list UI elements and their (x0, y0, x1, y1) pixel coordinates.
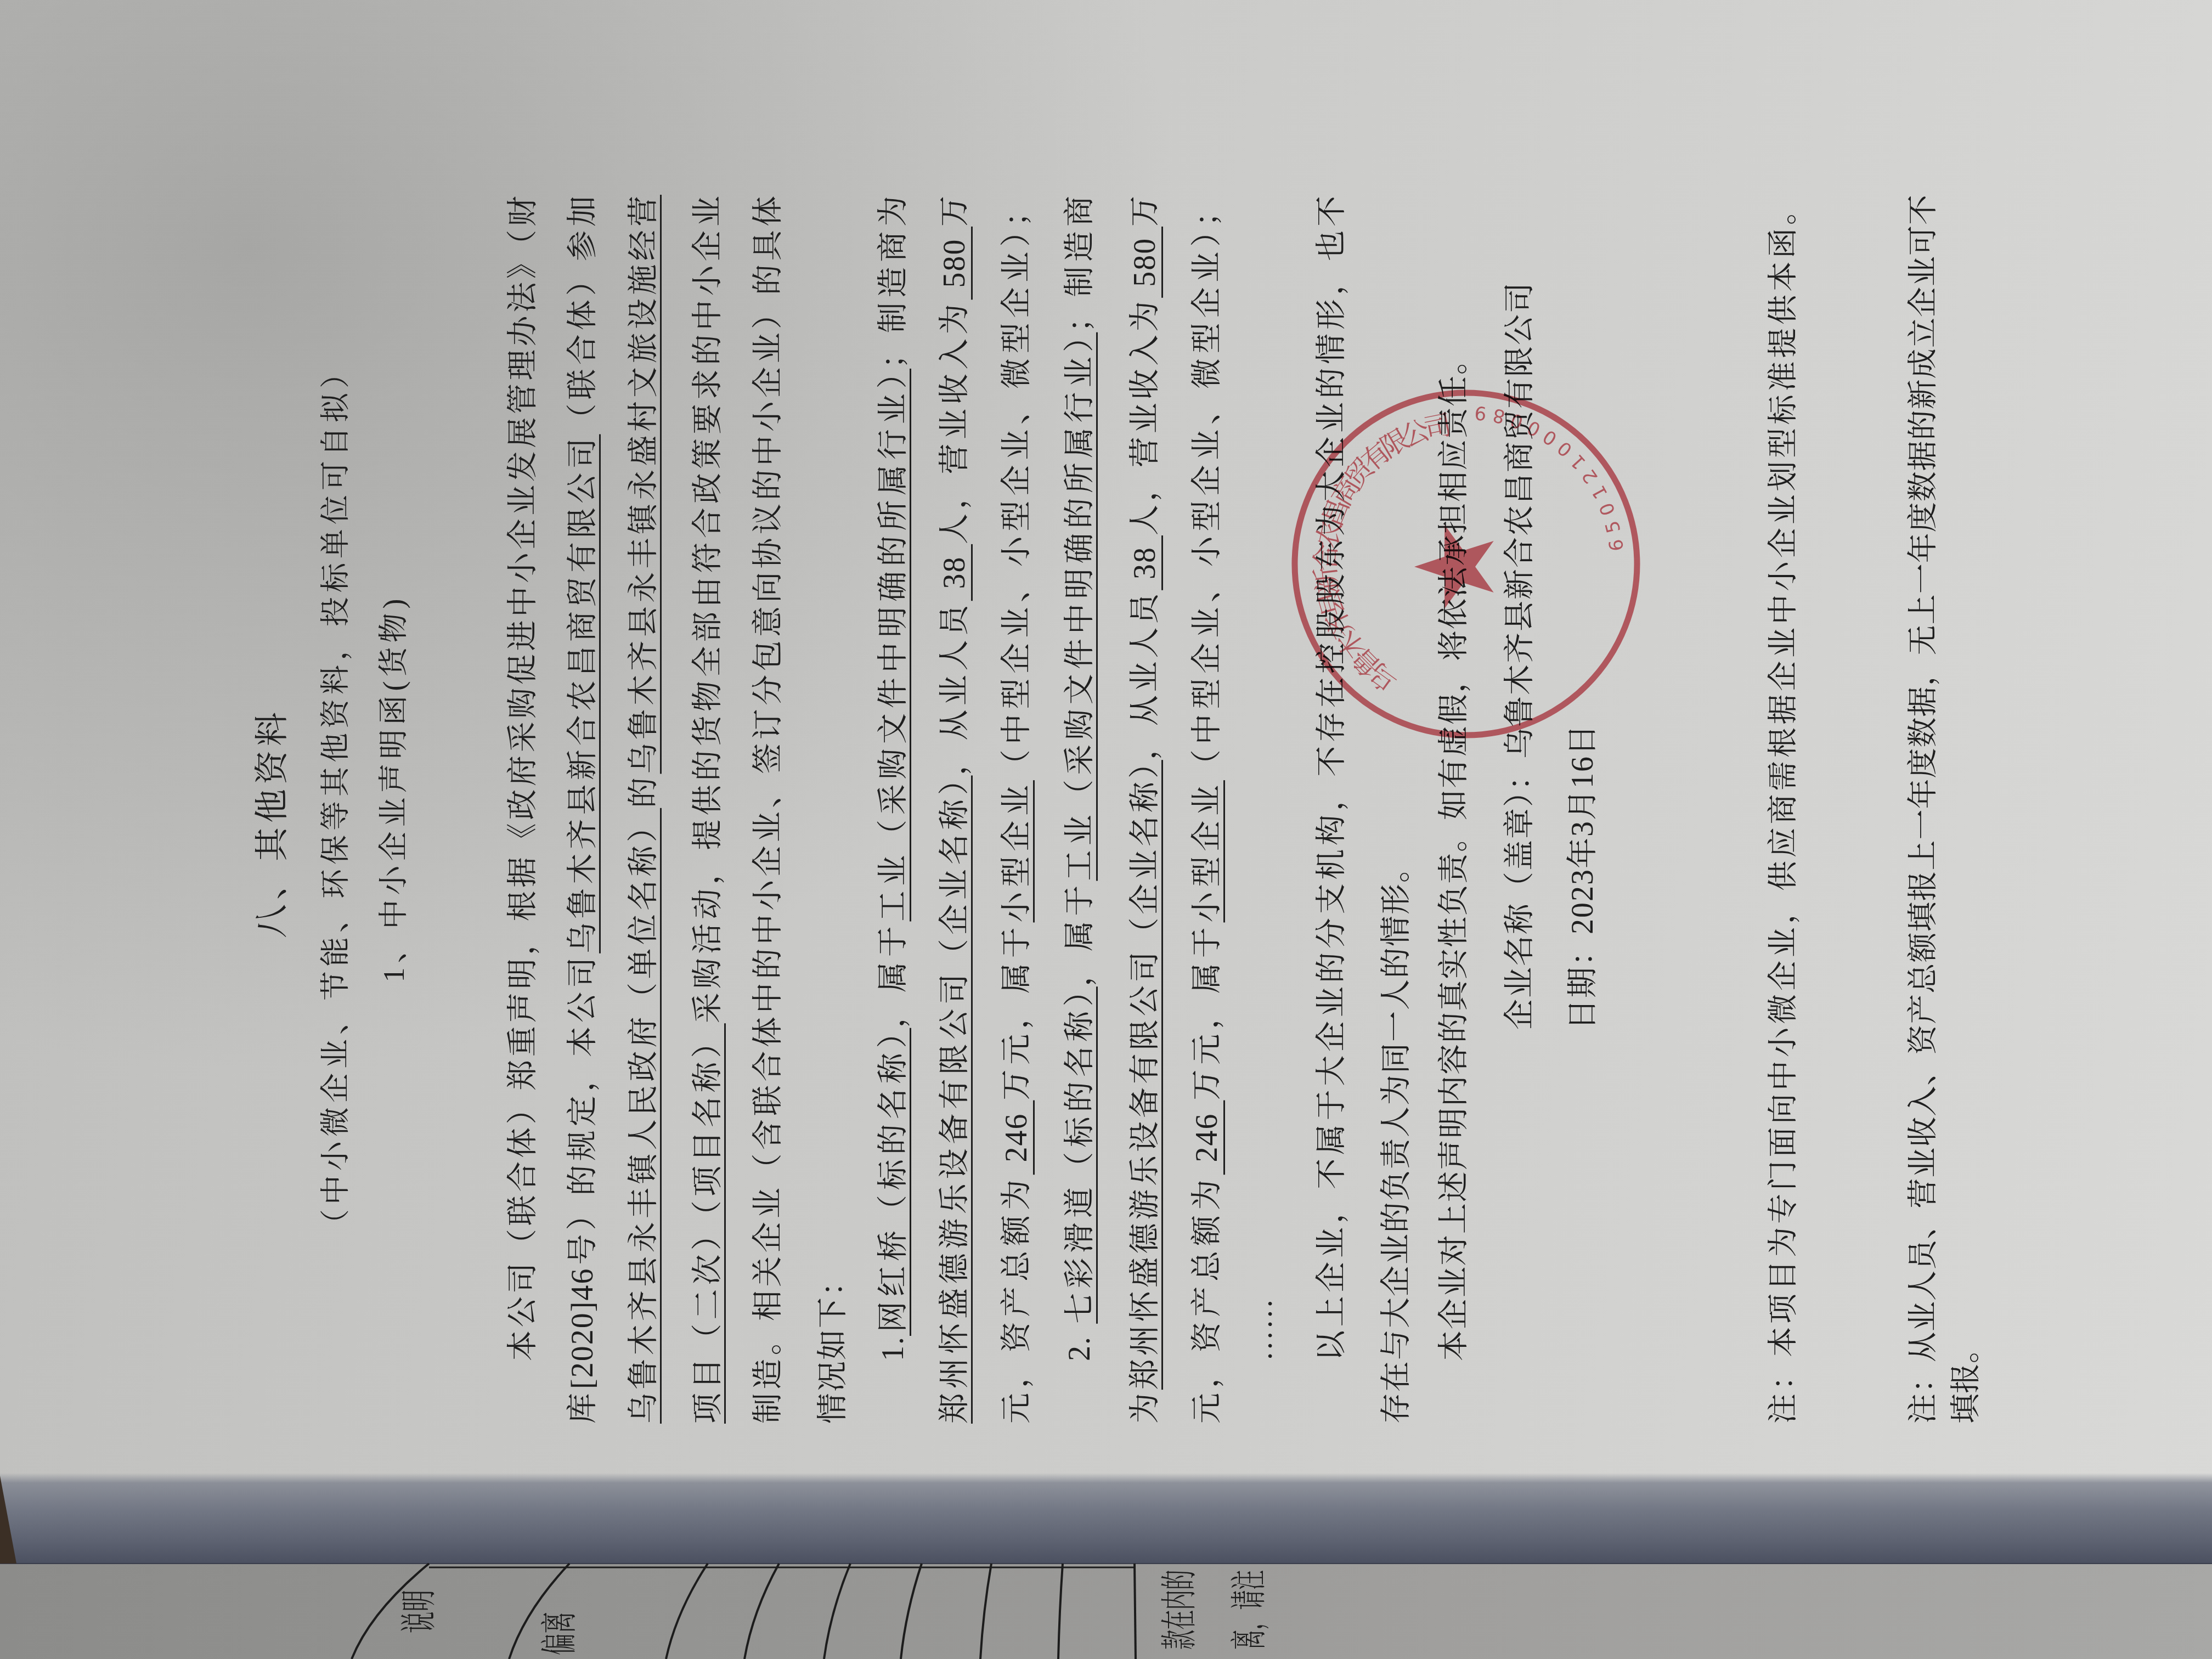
item-index: 1. (876, 1336, 910, 1361)
text-segment: 万 (1128, 195, 1162, 227)
text-segment: 元，资产总额为 (1000, 1175, 1034, 1424)
text-segment: 的 (627, 774, 661, 808)
page-edge-shadow (0, 1473, 2212, 1564)
text-segment: ，从业人员 (1128, 590, 1162, 760)
text-segment: 万元，属于 (1000, 922, 1034, 1100)
underlying-table-header: 说明 (401, 1590, 437, 1633)
text-segment: 为 (1128, 1390, 1162, 1424)
enterprise-size-field: 小型企业 (1000, 780, 1034, 922)
date-label: 日期： (1566, 934, 1600, 1030)
text-segment: 制造。相关企业（含联合体中的中小企业、签订分包意向协议的中小企业）的具体 (751, 195, 785, 1424)
company-label: 企业名称（盖章）： (1503, 759, 1537, 1030)
revenue-field: 580 (1128, 227, 1162, 298)
industry-field: 工业（采购文件中明确的所属行业） (876, 369, 910, 922)
seal-code: 650121000089 (1474, 401, 1628, 552)
text-segment: 人，营业收入为 (938, 300, 972, 544)
text-segment: 采购活动，提供的货物全部由符合政策要求的中小企业 (691, 195, 725, 1023)
seal-code-path: 650121000089 (1474, 401, 1628, 552)
underlying-text-fragment: 款在内的 (1161, 1570, 1198, 1650)
item-line: 元，资产总额为 246 万元，属于小型企业（中型企业、小型企业、微型企业）； (996, 195, 1037, 1424)
text-segment: 本公司（联合体）郑重声明，根据《政府采购促进中小企业发展管理办法》（财 (506, 195, 540, 1361)
text-segment: 万 (938, 195, 972, 227)
supplier-name-field: 乌鲁木齐县新合农昌商贸有限公司 (566, 434, 600, 953)
text-segment: ；制造商 (1063, 195, 1097, 332)
text-segment: （中型企业、小型企业、微型企业）； (1190, 195, 1224, 780)
revenue-field: 580 (938, 227, 972, 300)
total-assets-field: 246 (1190, 1101, 1224, 1175)
text-segment: ；制造商为 (876, 195, 910, 369)
item-line: 2. 七彩滑道（标的名称），属于工业（采购文件中明确的所属行业）；制造商 (1059, 195, 1101, 1424)
project-name-field: 项目（二次）（项目名称） (691, 1023, 725, 1424)
seal-company-name-path: 乌鲁木齐县新合农昌商贸有限公司 (1310, 409, 1454, 698)
employees-field: 38 (1128, 535, 1162, 590)
underlying-table-lines (0, 1563, 2212, 1659)
text-segment: 元，资产总额为 (1190, 1175, 1224, 1424)
enterprise-size-field: 小型企业 (1190, 780, 1224, 922)
declaration-line: 本公司（联合体）郑重声明，根据《政府采购促进中小企业发展管理办法》（财 (502, 195, 544, 1424)
total-assets-field: 246 (1000, 1101, 1034, 1175)
declaration-page-text: 八、其他资料 （中小微企业、节能、环保等其他资料，投标单位可自拟） 1、中小企业… (219, 195, 2030, 1424)
section-title: 八、其他资料 (251, 195, 295, 1424)
underlying-table-header: 偏离 (541, 1612, 578, 1655)
note-line: 注：本项目为专门面向中小微企业，供应商需根据企业中小企业划型标准提供本函。 (1762, 195, 1804, 1424)
manufacturer-field: 郑州怀盛德游乐设备有限公司（企业名称） (1128, 760, 1162, 1390)
section-note: （中小微企业、节能、环保等其他资料，投标单位可自拟） (317, 195, 355, 1424)
declaration-line: 项目（二次）（项目名称）采购活动，提供的货物全部由符合政策要求的中小企业 (687, 195, 729, 1424)
item-line: 1.网红桥（标的名称），属于工业（采购文件中明确的所属行业）；制造商为 (872, 195, 914, 1424)
purchaser-name-field: 乌鲁木齐县永丰镇人民政府（单位名称） (627, 808, 661, 1424)
form-title: 1、中小企业声明函(货物) (375, 195, 413, 1424)
declaration-line: 库[2020]46号）的规定，本公司乌鲁木齐县新合农昌商贸有限公司（联合体）参加 (562, 195, 603, 1424)
declaration-line: 乌鲁木齐县永丰镇人民政府（单位名称）的乌鲁木齐县永丰镇永盛村文旅设施经营 (623, 195, 664, 1424)
text-segment: ，从业人员 (938, 601, 972, 775)
manufacturer-field: 郑州怀盛德游乐设备有限公司（企业名称） (938, 776, 972, 1424)
item-index: 2. (1063, 1324, 1097, 1361)
underlying-text-fragment: 离，请注 (1231, 1570, 1267, 1650)
date-value: 2023年3月16日 (1566, 724, 1600, 934)
text-segment: （联合体）参加 (566, 195, 600, 435)
text-segment: 万元，属于 (1190, 922, 1224, 1100)
project-name-field: 乌鲁木齐县永丰镇永盛村文旅设施经营 (627, 195, 661, 774)
item-line: 元，资产总额为 246 万元，属于小型企业（中型企业、小型企业、微型企业）； (1186, 195, 1228, 1424)
text-segment: ，属于 (876, 922, 910, 1028)
item-line: 郑州怀盛德游乐设备有限公司（企业名称），从业人员 38 人，营业收入为 580 … (934, 195, 975, 1424)
text-segment: 情况如下： (816, 1265, 850, 1424)
text-segment: （中型企业、小型企业、微型企业）； (1000, 195, 1034, 780)
seal-star-icon (1414, 525, 1494, 608)
declaration-line: 情况如下： (812, 195, 854, 1424)
item-name-field: 网红桥（标的名称） (876, 1028, 910, 1336)
note-line: 填报。 (1945, 195, 1987, 1424)
ellipsis: …… (1241, 195, 1283, 1424)
item-name-field: 七彩滑道（标的名称） (1063, 986, 1097, 1323)
text-segment: 库[2020]46号）的规定，本公司 (566, 953, 600, 1424)
text-segment: 人，营业收入为 (1128, 298, 1162, 535)
declaration-line: 制造。相关企业（含联合体中的中小企业、签订分包意向协议的中小企业）的具体 (747, 195, 789, 1424)
company-seal: 乌鲁木齐县新合农昌商贸有限公司 650121000089 (1279, 377, 1652, 751)
item-line: 为郑州怀盛德游乐设备有限公司（企业名称），从业人员 38 人，营业收入为 580… (1124, 195, 1166, 1424)
employees-field: 38 (938, 544, 972, 601)
seal-company-name: 乌鲁木齐县新合农昌商贸有限公司 (1310, 409, 1454, 698)
industry-field: 工业（采购文件中明确的所属行业） (1063, 332, 1097, 881)
text-segment: ，属于 (1063, 881, 1097, 987)
note-line: 注：从业人员、营业收入、资产总额填报上一年度数据，无上一年度数据的新成立企业可不 (1902, 195, 1944, 1424)
